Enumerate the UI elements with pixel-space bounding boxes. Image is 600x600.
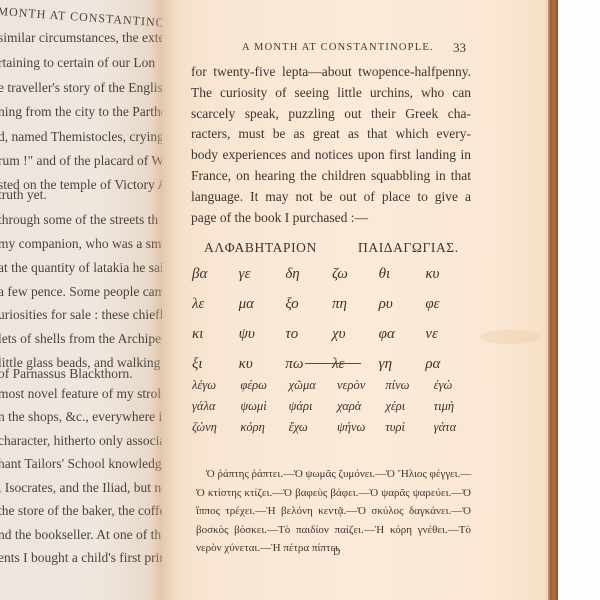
body-line: France, on hearing the children squabbli… bbox=[191, 166, 471, 187]
left-line: at the quantity of latakia he sai bbox=[0, 260, 162, 276]
left-line: n the shops, &c., everywhere in th bbox=[0, 409, 162, 425]
syllable-table: βα γε δη ζω θι κυ λε μα ξο πη ρυ φε κι ψ… bbox=[192, 262, 472, 376]
word: λέγω bbox=[192, 377, 240, 394]
word: γάτα bbox=[434, 419, 482, 436]
left-line: most novel feature of my stroll w bbox=[0, 386, 162, 402]
syllable: ρα bbox=[425, 352, 472, 376]
sentence-line: Ὁ ῥάπτης ῥάπτει.—Ὁ ψωμᾶς ζυμόνει.—Ὁ Ἥλιο… bbox=[196, 465, 471, 484]
left-line: through some of the streets th bbox=[0, 212, 158, 228]
syllable: λε bbox=[192, 292, 239, 316]
word: τυρὶ bbox=[385, 419, 433, 436]
syllable: ξο bbox=[285, 292, 332, 316]
left-line: truth yet. bbox=[0, 187, 47, 203]
word: ζώνη bbox=[192, 419, 240, 436]
word: ψήνω bbox=[337, 419, 385, 436]
body-line: body experiences and notices upon first … bbox=[191, 145, 471, 166]
left-line: lets of shells from the Archipelag bbox=[0, 331, 162, 347]
body-line: scarcely speak, puzzling out their Greek… bbox=[191, 104, 471, 125]
book-gutter bbox=[150, 0, 182, 600]
syllable: κυ bbox=[425, 262, 472, 286]
left-line: , Isocrates, and the Iliad, but no bbox=[0, 480, 162, 496]
syllable: φε bbox=[425, 292, 472, 316]
running-head: A MONTH AT CONSTANTINOPLE. bbox=[242, 42, 434, 53]
left-line: my companion, who was a smok bbox=[0, 236, 162, 252]
left-line: a few pence. Some people came u bbox=[0, 284, 162, 300]
left-page: Month at Constantinople similar circumst… bbox=[0, 0, 162, 600]
syllable: κυ bbox=[239, 352, 286, 376]
word: φέρω bbox=[240, 377, 288, 394]
word: χαρὰ bbox=[337, 398, 385, 415]
left-line: character, hitherto only associat bbox=[0, 433, 162, 449]
syllable: ρυ bbox=[379, 292, 426, 316]
syllable: κι bbox=[192, 322, 239, 346]
book-photo: Month at Constantinople similar circumst… bbox=[0, 0, 600, 600]
sentence-line: βοσκὸς βόσκει.—Τὸ παιδίον παίζει.—Ἡ κόρη… bbox=[196, 521, 471, 540]
sentence-line: Ὁ κτίστης κτίζει.—Ὁ βαφεὺς βάφει.—Ὁ ψαρᾶ… bbox=[196, 484, 471, 503]
body-line: page of the book I purchased :— bbox=[191, 208, 471, 229]
syllable: γε bbox=[239, 262, 286, 286]
syllable: θι bbox=[379, 262, 426, 286]
left-line: d, named Themistocles, crying "Ὁ bbox=[0, 129, 162, 145]
left-line: hant Tailors' School knowledge, t bbox=[0, 456, 162, 472]
word: τιμὴ bbox=[434, 398, 482, 415]
foxing-stain bbox=[480, 330, 540, 344]
word-table: λέγω φέρω χῶμα νερὸν πίνω ἐγὼ γάλα ψωμὶ … bbox=[192, 377, 482, 436]
word: ψωμὶ bbox=[240, 398, 288, 415]
left-line: ning from the city to the Parthen bbox=[0, 104, 162, 120]
left-line: uriosities for sale : these chiefly co bbox=[0, 307, 162, 323]
syllable: ψυ bbox=[239, 322, 286, 346]
primer-title-right: ΠΑΙΔΑΓΩΓΙΑΣ. bbox=[358, 240, 459, 256]
body-line: racters, must be as great as that which … bbox=[191, 124, 471, 145]
word: χῶμα bbox=[289, 377, 337, 394]
left-line: of Parnassus Blackthorn. bbox=[0, 366, 133, 382]
word: νερὸν bbox=[337, 377, 385, 394]
syllable: μα bbox=[239, 292, 286, 316]
syllable: λε bbox=[332, 352, 379, 376]
word: κόρη bbox=[240, 419, 288, 436]
body-line: for twenty-five lepta—about twopence-hal… bbox=[191, 62, 471, 83]
word: γάλα bbox=[192, 398, 240, 415]
syllable: νε bbox=[425, 322, 472, 346]
syllable: πη bbox=[332, 292, 379, 316]
left-line: similar circumstances, the exten bbox=[0, 30, 162, 46]
body-line: language. It may not be out of place to … bbox=[191, 187, 471, 208]
syllable: φα bbox=[379, 322, 426, 346]
syllable: ξι bbox=[192, 352, 239, 376]
syllable: το bbox=[285, 322, 332, 346]
word: πίνω bbox=[385, 377, 433, 394]
syllable: ζω bbox=[332, 262, 379, 286]
left-line: e traveller's story of the English bbox=[0, 80, 162, 96]
word: ἔχω bbox=[289, 419, 337, 436]
page-block-edge bbox=[548, 0, 558, 600]
signature-mark: D bbox=[333, 547, 340, 558]
left-line: rum !" and of the placard of Warn bbox=[0, 153, 162, 169]
section-rule bbox=[305, 363, 361, 364]
syllable: πω bbox=[285, 352, 332, 376]
left-running-head: Month at Constantinople bbox=[0, 4, 162, 32]
primer-title-left: ΑΛΦΑΒΗΤΑΡΙΟΝ bbox=[204, 240, 317, 256]
left-line: rtaining to certain of our Lon bbox=[0, 55, 155, 71]
body-line: The curiosity of seeing little urchins, … bbox=[191, 83, 471, 104]
word: ἐγὼ bbox=[434, 377, 482, 394]
syllable: βα bbox=[192, 262, 239, 286]
page-number: 33 bbox=[453, 40, 466, 56]
syllable: γη bbox=[379, 352, 426, 376]
word: χέρι bbox=[385, 398, 433, 415]
syllable: δη bbox=[285, 262, 332, 286]
word: ψάρι bbox=[289, 398, 337, 415]
left-line: the store of the baker, the coffe bbox=[0, 503, 162, 519]
syllable: χυ bbox=[332, 322, 379, 346]
body-paragraph: for twenty-five lepta—about twopence-hal… bbox=[191, 62, 471, 228]
sentence-line: ἵππος τρέχει.—Ἡ βελόνη κεντᾷ.—Ὁ σκύλος δ… bbox=[196, 502, 471, 521]
left-line: ents I bought a child's first prim bbox=[0, 550, 162, 566]
left-line: nd the bookseller. At one of th bbox=[0, 527, 161, 543]
greek-sentences: Ὁ ῥάπτης ῥάπτει.—Ὁ ψωμᾶς ζυμόνει.—Ὁ Ἥλιο… bbox=[196, 465, 471, 558]
